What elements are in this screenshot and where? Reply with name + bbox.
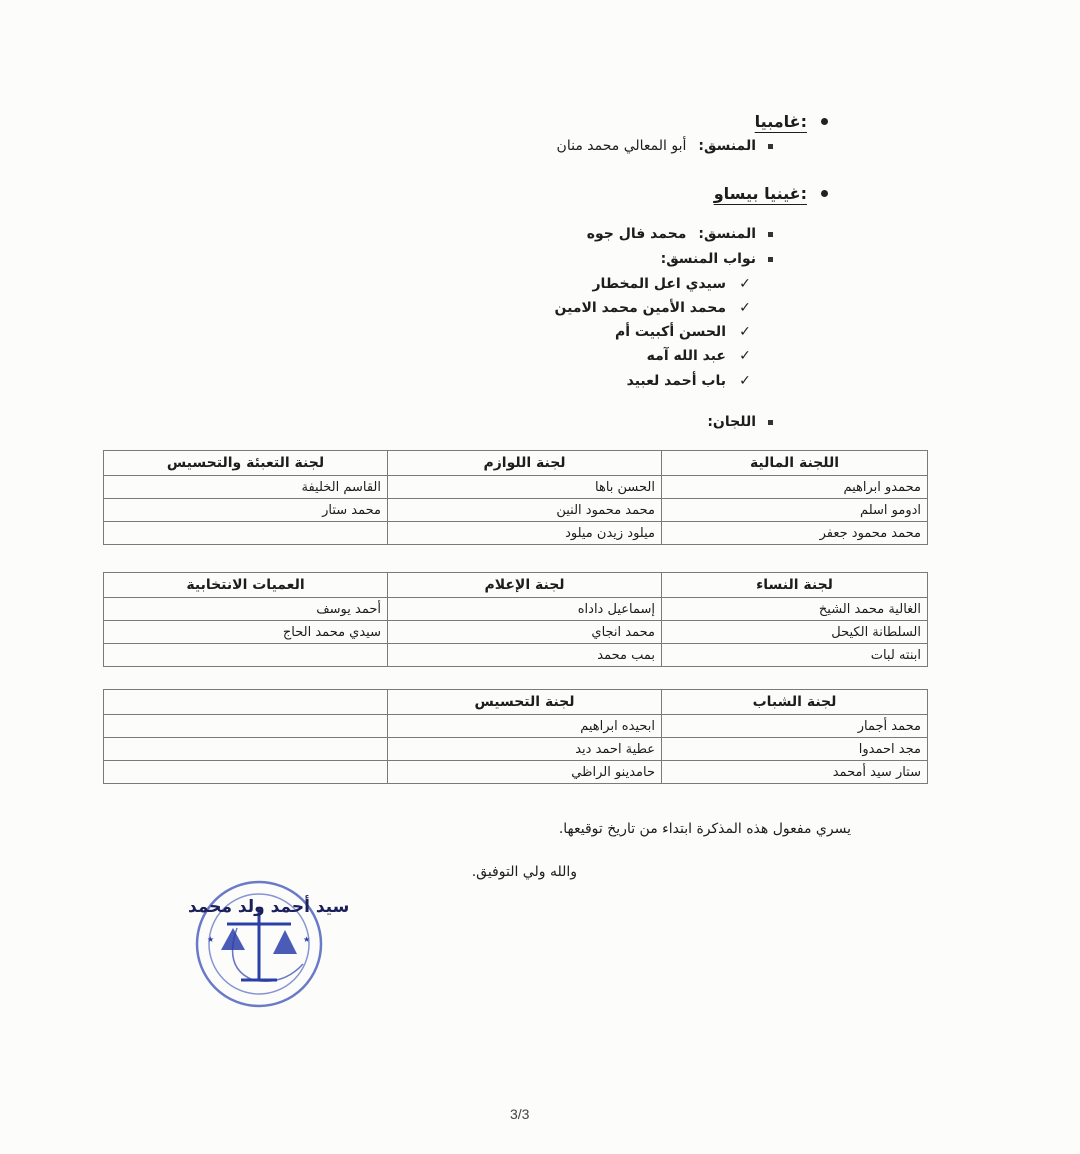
committees-table-2: لجنة النساء لجنة الإعلام العميات الانتخا… <box>103 572 928 667</box>
table-header-cell: لجنة اللوازم <box>388 451 662 476</box>
deputy-item: ✓ سيدي اعل المخطار <box>593 276 753 292</box>
table-cell: ميلود زيدن ميلود <box>388 522 662 545</box>
table-cell <box>104 761 388 784</box>
table-cell: ابحيده ابراهيم <box>388 715 662 738</box>
deputy-item: ✓ عبد الله آمه <box>647 348 752 364</box>
check-icon: ✓ <box>738 348 752 364</box>
page-number: 3/3 <box>510 1106 529 1122</box>
table-cell: القاسم الخليفة <box>104 476 388 499</box>
table-cell: الغالية محمد الشيخ <box>662 598 928 621</box>
table-header-cell: لجنة الشباب <box>662 690 928 715</box>
country-name: غينيا بيساو: <box>714 184 807 203</box>
table-cell: بمب محمد <box>388 644 662 667</box>
deputy-name: محمد الأمين محمد الامين <box>555 300 727 316</box>
table-cell: عطية احمد ديد <box>388 738 662 761</box>
square-bullet-icon <box>768 257 773 262</box>
committees-label-line: اللجان: <box>707 414 773 430</box>
deputy-item: ✓ باب أحمد لعبيد <box>627 373 752 389</box>
closing-blessing: والله ولي التوفيق. <box>472 864 577 880</box>
table-row: محمد محمود جعفر ميلود زيدن ميلود <box>104 522 928 545</box>
coordinator-name: محمد فال جوه <box>587 226 687 242</box>
country-heading-gambia: غامبيا: <box>755 112 828 131</box>
table-row: السلطانة الكيحل محمد انجاي سيدي محمد الح… <box>104 621 928 644</box>
committees-label: اللجان: <box>707 414 756 430</box>
coordinator-name: أبو المعالي محمد منان <box>557 138 687 154</box>
table-header-cell: لجنة الإعلام <box>388 573 662 598</box>
table-cell: ادومو اسلم <box>662 499 928 522</box>
square-bullet-icon <box>768 144 773 149</box>
table-cell: محمد محمود النين <box>388 499 662 522</box>
table-cell: حامدينو الراظي <box>388 761 662 784</box>
document-page: غامبيا: المنسق: أبو المعالي محمد منان غي… <box>0 0 1080 1154</box>
table-row: الغالية محمد الشيخ إسماعيل داداه أحمد يو… <box>104 598 928 621</box>
coordinator-line-guinea-bissau: المنسق: محمد فال جوه <box>587 226 773 242</box>
deputy-item: ✓ الحسن أكبيت أم <box>615 324 752 340</box>
check-icon: ✓ <box>738 373 752 389</box>
table-header-cell: العميات الانتخابية <box>104 573 388 598</box>
table-cell: إسماعيل داداه <box>388 598 662 621</box>
check-icon: ✓ <box>738 324 752 340</box>
deputies-label: نواب المنسق: <box>661 251 756 267</box>
table-row: ادومو اسلم محمد محمود النين محمد ستار <box>104 499 928 522</box>
table-row: ستار سيد أمحمد حامدينو الراظي <box>104 761 928 784</box>
table-cell: سيدي محمد الحاج <box>104 621 388 644</box>
check-icon: ✓ <box>738 276 752 292</box>
table-cell: ابنته لبات <box>662 644 928 667</box>
table-cell: محمد انجاي <box>388 621 662 644</box>
table-cell: أحمد يوسف <box>104 598 388 621</box>
deputy-name: الحسن أكبيت أم <box>615 324 726 340</box>
table-row: ابنته لبات بمب محمد <box>104 644 928 667</box>
deputy-name: سيدي اعل المخطار <box>593 276 727 292</box>
square-bullet-icon <box>768 420 773 425</box>
table-header-row: لجنة الشباب لجنة التحسيس <box>104 690 928 715</box>
table-header-cell: لجنة النساء <box>662 573 928 598</box>
svg-text:★: ★ <box>207 935 214 944</box>
signature: سيد أحمد ولد محمد <box>188 897 349 917</box>
table-cell <box>104 644 388 667</box>
deputy-name: عبد الله آمه <box>647 348 726 364</box>
deputy-item: ✓ محمد الأمين محمد الامين <box>555 300 753 316</box>
table-cell <box>104 522 388 545</box>
table-header-cell: لجنة التعبئة والتحسيس <box>104 451 388 476</box>
country-name: غامبيا: <box>755 112 807 131</box>
table-row: محمدو ابراهيم الحسن باها القاسم الخليفة <box>104 476 928 499</box>
deputy-name: باب أحمد لعبيد <box>627 373 726 389</box>
table-cell <box>104 738 388 761</box>
table-header-cell <box>104 690 388 715</box>
table-header-row: لجنة النساء لجنة الإعلام العميات الانتخا… <box>104 573 928 598</box>
table-header-cell: لجنة التحسيس <box>388 690 662 715</box>
table-row: مجد احمدوا عطية احمد ديد <box>104 738 928 761</box>
effective-date-statement: يسري مفعول هذه المذكرة ابتداء من تاريخ ت… <box>559 821 851 837</box>
table-cell <box>104 715 388 738</box>
table-cell: محمد محمود جعفر <box>662 522 928 545</box>
committees-table-3: لجنة الشباب لجنة التحسيس محمد أجمار ابحي… <box>103 689 928 784</box>
table-cell: الحسن باها <box>388 476 662 499</box>
table-row: محمد أجمار ابحيده ابراهيم <box>104 715 928 738</box>
square-bullet-icon <box>768 232 773 237</box>
check-icon: ✓ <box>738 300 752 316</box>
table-cell: محمدو ابراهيم <box>662 476 928 499</box>
table-cell: السلطانة الكيحل <box>662 621 928 644</box>
table-cell: محمد أجمار <box>662 715 928 738</box>
bullet-icon <box>821 190 828 197</box>
table-header-row: اللجنة المالية لجنة اللوازم لجنة التعبئة… <box>104 451 928 476</box>
bullet-icon <box>821 118 828 125</box>
country-heading-guinea-bissau: غينيا بيساو: <box>714 184 828 203</box>
table-cell: ستار سيد أمحمد <box>662 761 928 784</box>
committees-table-1: اللجنة المالية لجنة اللوازم لجنة التعبئة… <box>103 450 928 545</box>
official-stamp-icon: ★ ★ <box>193 868 325 1016</box>
table-header-cell: اللجنة المالية <box>662 451 928 476</box>
coordinator-label: المنسق: <box>698 226 756 242</box>
deputies-label-line: نواب المنسق: <box>661 251 773 267</box>
coordinator-label: المنسق: <box>698 138 756 154</box>
table-cell: مجد احمدوا <box>662 738 928 761</box>
svg-text:★: ★ <box>303 935 310 944</box>
coordinator-line-gambia: المنسق: أبو المعالي محمد منان <box>557 138 773 154</box>
table-cell: محمد ستار <box>104 499 388 522</box>
